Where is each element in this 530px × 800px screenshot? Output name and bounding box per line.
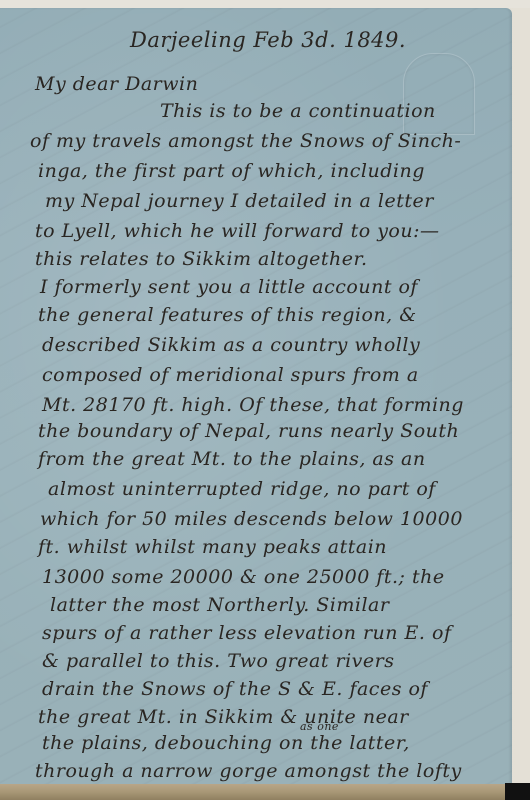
letter-line: my Nepal journey I detailed in a letter xyxy=(45,190,434,212)
letter-line: latter the most Northerly. Similar xyxy=(50,594,389,616)
letter-line: the great Mt. in Sikkim & unite near xyxy=(38,706,409,728)
letter-line: the plains, debouching on the latter, xyxy=(42,732,410,754)
letter-line: the general features of this region, & xyxy=(38,304,417,326)
letter-line: which for 50 miles descends below 10000 xyxy=(40,508,463,530)
letter-line: spurs of a rather less elevation run E. … xyxy=(42,622,451,644)
letter-line: of my travels amongst the Snows of Sinch… xyxy=(30,130,461,152)
letter-line: this relates to Sikkim altogether. xyxy=(35,248,368,270)
letter-line: from the great Mt. to the plains, as an xyxy=(38,448,426,470)
salutation: My dear Darwin xyxy=(35,73,198,95)
letter-line: inga, the first part of which, including xyxy=(38,160,425,182)
letter-line: described Sikkim as a country wholly xyxy=(42,334,420,356)
scan-corner-shadow xyxy=(505,783,530,800)
letter-line: This is to be a continuation xyxy=(160,100,436,122)
scan-top-edge xyxy=(0,0,530,8)
letter-line: drain the Snows of the S & E. faces of xyxy=(42,678,428,700)
letter-line: the boundary of Nepal, runs nearly South xyxy=(38,420,459,442)
letter-line: Mt. 28170 ft. high. Of these, that formi… xyxy=(42,394,464,416)
page-stack-edge xyxy=(0,784,505,800)
letter-line: to Lyell, which he will forward to you:— xyxy=(35,220,440,242)
letter-line: composed of meridional spurs from a xyxy=(42,364,419,386)
dateline: Darjeeling Feb 3d. 1849. xyxy=(130,28,406,52)
letter-line: 13000 some 20000 & one 25000 ft.; the xyxy=(42,566,445,588)
letter-line: through a narrow gorge amongst the lofty xyxy=(35,760,462,782)
letter-line: almost uninterrupted ridge, no part of xyxy=(48,478,436,500)
letter-line: ft. whilst whilst many peaks attain xyxy=(38,536,387,558)
letter-line: & parallel to this. Two great rivers xyxy=(42,650,394,672)
letter-line: I formerly sent you a little account of xyxy=(40,276,418,298)
letter-sheet: Darjeeling Feb 3d. 1849. My dear Darwin … xyxy=(0,8,512,795)
embossed-stamp-icon xyxy=(403,53,475,135)
